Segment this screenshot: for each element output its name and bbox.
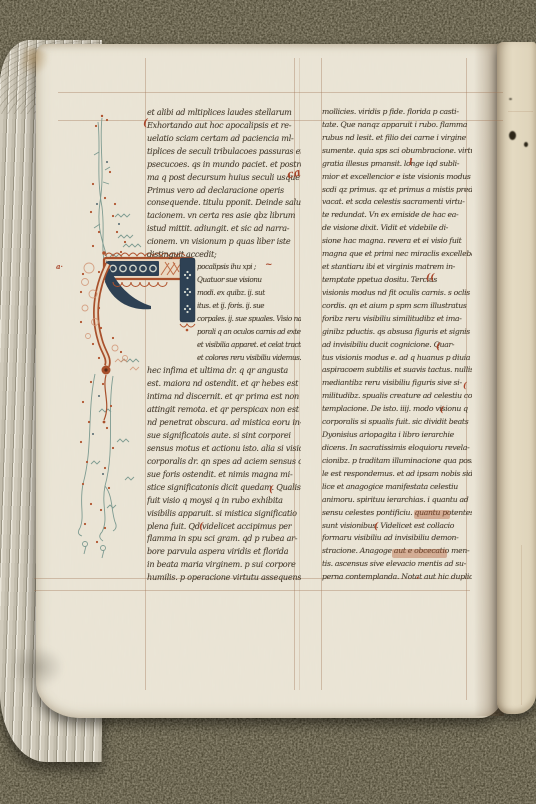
manuscript-text-line: le est respondemus. et ad ipsam nobis si…: [322, 468, 472, 481]
manuscript-text-line: sue foris ostendit. et nimis magna mi-: [147, 468, 301, 481]
manuscript-text-line: porali q an oculos carnis ad exteriora: [197, 326, 301, 339]
manuscript-text-line: tis. ascensus sive elevacio mentis ad su…: [322, 558, 472, 571]
manuscript-text-line: de visione dixit. Vidit et videbile di-: [322, 222, 472, 235]
ruling-line: [58, 92, 503, 93]
manuscript-text-line: sione hac magna. revera et ei visio fuit: [322, 235, 472, 248]
manuscript-text-line: templacione. De isto. iiij. modo visionu…: [322, 403, 472, 416]
manuscript-text-line: intima nd discernit. et qr prima est non: [147, 390, 301, 403]
ruling-line: [521, 545, 522, 705]
manuscript-text-line: Dyonisius ariopagita i libro ierarchie: [322, 429, 472, 442]
ink-speck: [509, 98, 512, 100]
manuscript-text-line: mollicies. viridis p fide. florida p cas…: [322, 106, 472, 119]
manuscript-text-line: ad invisibiliu ducit cognicione. Quar-: [322, 339, 472, 352]
manuscript-photo: et alibi ad mltiplices laudes stellarumE…: [0, 0, 536, 804]
manuscript-text-line: rubus nd lesit. et filio dei carne i vir…: [322, 132, 472, 145]
manuscript-text-line: plena fuit. Qd videlicet accipimus per: [147, 520, 301, 533]
manuscript-text-line: visionis modus nd fit oculis carnis. s o…: [322, 287, 472, 300]
manuscript-text-line: ma q post decursum huius seculi usque: [147, 171, 301, 184]
manuscript-text-line: sumente. quia sps sci obumbracione. virt…: [322, 145, 472, 158]
manuscript-text-line: animoru. spirituu ierarchias. i quantu a…: [322, 494, 472, 507]
manuscript-text-line: aspiracoem subtilis et suavis tactus. nu…: [322, 364, 472, 377]
manuscript-text-line: et stantiaru ibi et virginis matrem in-: [322, 261, 472, 274]
manuscript-text-line: cionibz. p traditam illuminacione qua po…: [322, 455, 472, 468]
manuscript-text-line: dicens. In sacratissimis eloquioru revel…: [322, 442, 472, 455]
manuscript-text-line: pocalipsis ihu xpi ;: [197, 261, 301, 274]
manuscript-text-line: et colores reru visibiliu videmus. Per: [197, 352, 301, 365]
manuscript-text-line: temptate ppetua dositu. Tercius: [322, 274, 472, 287]
manuscript-text-line: distinguit accedit;: [147, 248, 301, 261]
manuscript-text-line: stice significatonis dicit quedam. Quali…: [147, 481, 301, 494]
manuscript-text-line: corporalis si spualis fuit. sic dividit …: [322, 416, 472, 429]
manuscript-text-line: et alibi ad mltiplices laudes stellarum: [147, 106, 301, 119]
manuscript-text-line: te redundat. Vn ex emiside de hac ea-: [322, 209, 472, 222]
manuscript-text-line: visibilis apparuit. si mistica significa…: [147, 507, 301, 520]
manuscript-text-line: stracione. Anagoge aut e obcecatio men-: [322, 545, 472, 558]
next-leaf-edge: [497, 42, 536, 714]
manuscript-text-line: Exhortando aut hoc apocalipsis et re-: [147, 119, 301, 132]
manuscript-text-line: modi. ex quibz. ij. sut: [197, 287, 301, 300]
manuscript-text-line: et visibilia apparet. et celat tractas f…: [197, 339, 301, 352]
manuscript-text-line: militudibz. spualis creature ad celestiu…: [322, 390, 472, 403]
parchment-smudge: [13, 646, 63, 688]
manuscript-text-line: tus visionis modus e. ad q huanus p diui…: [322, 352, 472, 365]
manuscript-text-line: bore parvula aspera viridis et florida: [147, 545, 301, 558]
manuscript-text-line: tate. Que nanqz apparuit i rubo. flamma: [322, 119, 472, 132]
manuscript-text-line: uelatio sciam certam ad paciencia ml-: [147, 132, 301, 145]
ruling-line: [508, 111, 533, 112]
manuscript-text-line: sensu celestes pontificiu. quantu potent…: [322, 507, 472, 520]
manuscript-text-line: hec infima et ultima dr. q qr angusta: [147, 364, 301, 377]
manuscript-text-line: sensus motus et actionu isto. alia si vi…: [147, 442, 301, 455]
manuscript-text-line: humilis. p operacione virtutu assequens …: [147, 571, 301, 584]
manuscript-text-line: lice et anagogice manifestata celestiu: [322, 481, 472, 494]
manuscript-text-line: perna contemplanda. Notat aut hic duplic…: [322, 571, 472, 584]
manuscript-text-line: foribz reru visibiliu similitudibz et im…: [322, 313, 472, 326]
manuscript-text-line: Quatuor sue visionu: [197, 274, 301, 287]
manuscript-text-line: flamma in spu sci gram. qd p rubea ar-: [147, 532, 301, 545]
manuscript-text-line: scdi qz primus. qz et primus a mistis pr…: [322, 184, 472, 197]
ruling-line: [145, 58, 146, 690]
text-column-right: mollicies. viridis p fide. florida p cas…: [322, 106, 472, 584]
ruling-line: [34, 590, 470, 591]
manuscript-text-line: fuit visio q moysi q in rubo exhibita: [147, 494, 301, 507]
manuscript-text-line: itus. et ij. foris. ij. sue: [197, 300, 301, 313]
manuscript-text-line: tiplices de seculi tribulacoes passuras …: [147, 145, 301, 158]
wormhole: [509, 131, 516, 140]
manuscript-text-line: ginibz pductis. qs absusa figuris et sig…: [322, 326, 472, 339]
manuscript-text-line: cionem. vn visionum p quas liber iste: [147, 235, 301, 248]
manuscript-text-line: mediantibz reru visibiliu figuris sive s…: [322, 377, 472, 390]
manuscript-text-line: vacat. et scda celestis sacramenti virtu…: [322, 196, 472, 209]
manuscript-text-line: corpales. ij. sue spuales. Visio na cor-: [197, 313, 301, 326]
manuscript-text-line: sue significatois aute. si sint corporei: [147, 429, 301, 442]
wormhole: [524, 142, 528, 147]
manuscript-text-line: mior et excellencior e iste visionis mod…: [322, 171, 472, 184]
text-column-left: et alibi ad mltiplices laudes stellarumE…: [147, 106, 301, 584]
manuscript-text-line: est. maiora nd ostendit. et qr hebes est: [147, 377, 301, 390]
manuscript-text-line: cordis. qn et aium p spm scm illustratus: [322, 300, 472, 313]
manuscript-text-line: Primus vero ad declaracione operis: [147, 184, 301, 197]
manuscript-text-line: sunt visionibus. Videlicet est collacio: [322, 520, 472, 533]
manuscript-text-line: tacionem. vn certa res asie qbz librum: [147, 209, 301, 222]
manuscript-text-line: corporalis dr. qn spes ad aciem sensus c…: [147, 455, 301, 468]
manuscript-text-line: consequende. titulu pponit. Deinde salu-: [147, 196, 301, 209]
manuscript-text-line: gratia illesus pmansit. longe iqd subli-: [322, 158, 472, 171]
manuscript-text-line: attingit remota. et qr perspicax non est: [147, 403, 301, 416]
manuscript-text-line: in beata maria virginem. p sui corpore: [147, 558, 301, 571]
manuscript-text-line: istud mittit. adiungit. et sic ad narra-: [147, 222, 301, 235]
manuscript-text-line: psecucoes. qs in mundo paciet. et postre…: [147, 158, 301, 171]
manuscript-text-line: magna que et primi nec miraclis excelleb…: [322, 248, 472, 261]
manuscript-text-line: formaru visibiliu ad invisibiliu demon-: [322, 532, 472, 545]
manuscript-text-line: nd penetrat obscura. ad mistica eoru in-: [147, 416, 301, 429]
